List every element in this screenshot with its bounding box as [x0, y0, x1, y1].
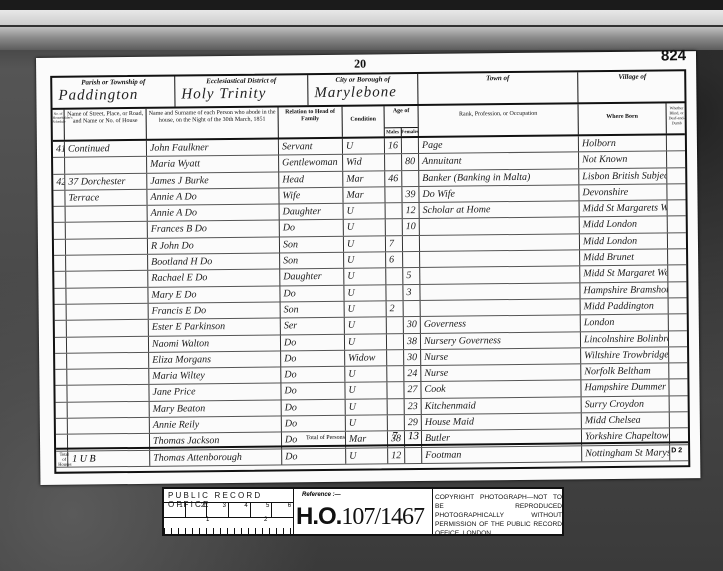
cell-schedule: [54, 223, 66, 238]
cell-name: Naomi Walton: [149, 335, 281, 352]
cell-condition: U: [344, 269, 386, 285]
cell-schedule: 41: [53, 142, 65, 157]
total-males: 7: [392, 430, 398, 442]
cell-schedule: [54, 239, 66, 254]
cell-address: [66, 222, 148, 238]
cell-male: 7: [386, 236, 403, 251]
page-number: 20: [354, 57, 366, 72]
town-field: Town of: [418, 72, 578, 104]
cell-name: Jane Price: [149, 384, 281, 401]
cell-schedule: [56, 419, 68, 434]
cell-female: [403, 252, 420, 267]
cell-female: 30: [404, 350, 421, 365]
cell-blind: [670, 412, 690, 428]
cell-condition: U: [346, 415, 388, 431]
cell-condition: U: [345, 383, 387, 399]
cell-male: [388, 415, 405, 430]
cell-relation: Wife: [279, 188, 343, 204]
parish-field: Parish or Township of Paddington: [52, 77, 175, 108]
cell-born: Devonshire: [579, 184, 667, 200]
cell-female: 12: [403, 203, 420, 218]
cell-male: [387, 383, 404, 398]
reference-label: Reference :—: [302, 492, 341, 498]
scan-top-edge: [0, 0, 723, 10]
cell-schedule: [54, 207, 66, 222]
cell-occupation: [420, 250, 580, 267]
col-age: Age of Males Females: [385, 106, 419, 136]
cell-occupation: Cook: [421, 381, 581, 398]
cell-address: [68, 402, 150, 418]
cell-schedule: [55, 370, 67, 385]
cell-born: Midd Chelsea: [582, 412, 670, 428]
cell-name: Eliza Morgans: [149, 351, 281, 368]
cell-occupation: Nursery Governess: [421, 332, 581, 349]
total-persons-label: Total of Persons: [306, 435, 345, 441]
cell-female: 29: [405, 415, 422, 430]
cell-occupation: Page: [419, 136, 579, 153]
cell-male: [385, 187, 402, 202]
cell-address: Continued: [65, 141, 147, 157]
cell-female: 30: [404, 317, 421, 332]
cell-address: [67, 385, 149, 401]
col-occupation: Rank, Profession, or Occupation: [419, 104, 579, 136]
cell-condition: Wid: [343, 155, 385, 171]
cell-born: Norfolk Beltham: [581, 364, 669, 380]
cell-male: [385, 154, 402, 169]
cell-female: 39: [402, 187, 419, 202]
cell-schedule: [55, 337, 67, 352]
cell-condition: Widow: [345, 350, 387, 366]
cell-address: Terrace: [65, 190, 147, 206]
census-form: Parish or Township of Paddington Ecclesi…: [50, 69, 690, 474]
cell-address: [65, 157, 147, 173]
cell-address: [67, 336, 149, 352]
scan-margin: [0, 10, 723, 50]
cell-male: [387, 334, 404, 349]
col-address: Name of Street, Place, or Road, and Name…: [65, 109, 147, 140]
cell-blind: [668, 282, 688, 298]
cell-schedule: [56, 402, 68, 417]
cell-relation: Daughter: [280, 269, 344, 285]
cell-blind: [669, 347, 689, 363]
cell-name: Annie Reily: [150, 416, 282, 433]
cell-address: [67, 369, 149, 385]
cell-name: Maria Wiltey: [149, 368, 281, 385]
sheet-code: D 2: [671, 447, 682, 454]
total-houses-label: Total of Houses: [58, 452, 70, 467]
cell-relation: Head: [279, 171, 343, 187]
cell-address: [66, 239, 148, 255]
cell-blind: [668, 233, 688, 249]
reference-card: PUBLIC RECORD OFFICE 1 2 3 4 5 6 1 2 Ref…: [162, 487, 564, 536]
cell-male: [387, 350, 404, 365]
cell-address: [66, 255, 148, 271]
cell-female: 3: [403, 285, 420, 300]
census-entries: 41ContinuedJohn FaulknerServantU16PageHo…: [53, 135, 688, 468]
cell-born: Midd St Margaret Westminster: [580, 266, 668, 282]
cell-born: Hampshire Bramshott: [580, 282, 668, 298]
cell-occupation: Nurse: [421, 348, 581, 365]
cell-schedule: [55, 321, 67, 336]
cell-condition: U: [344, 236, 386, 252]
cell-blind: [668, 266, 688, 282]
reference-box: Reference :— H.O.107/1467: [294, 489, 433, 534]
scale-ruler-bottom: 1 2: [164, 517, 293, 534]
cell-name: R John Do: [148, 237, 280, 254]
cell-name: Mary E Do: [148, 286, 280, 303]
cell-condition: U: [343, 138, 385, 154]
total-houses-value: 1 U B: [72, 453, 95, 464]
cell-condition: U: [344, 252, 386, 268]
cell-female: [403, 236, 420, 251]
cell-name: Francis E Do: [149, 302, 281, 319]
cell-male: [388, 399, 405, 414]
cell-relation: Do: [281, 351, 345, 367]
col-condition: Condition: [343, 106, 385, 136]
cell-male: [387, 317, 404, 332]
cell-schedule: [55, 354, 67, 369]
cell-relation: Do: [281, 367, 345, 383]
scale-ruler-top: 1 2 3 4 5 6: [164, 502, 293, 518]
cell-name: Mary Beaton: [150, 400, 282, 417]
cell-blind: [668, 249, 688, 265]
cell-address: [68, 418, 150, 434]
cell-name: Frances B Do: [148, 221, 280, 238]
cell-female: 38: [404, 334, 421, 349]
cell-female: 80: [402, 154, 419, 169]
cell-born: Hampshire Dummer: [581, 380, 669, 396]
folio-number: 824: [661, 47, 686, 64]
village-field: Village of: [578, 71, 686, 102]
cell-schedule: [53, 191, 65, 206]
cell-blind: [670, 396, 690, 412]
cell-female: 10: [403, 219, 420, 234]
cell-born: Lincolnshire Bolinbroke: [581, 331, 669, 347]
cell-blind: [669, 380, 689, 396]
cell-female: 24: [404, 366, 421, 381]
cell-relation: Do: [280, 220, 344, 236]
cell-name: Maria Wyatt: [147, 156, 279, 173]
cell-blind: [669, 331, 689, 347]
cell-relation: Servant: [279, 139, 343, 155]
cell-name: Annie A Do: [147, 188, 279, 205]
cell-schedule: [54, 288, 66, 303]
cell-blind: [669, 363, 689, 379]
cell-born: London: [581, 315, 669, 331]
cell-born: Midd London: [580, 217, 668, 233]
cell-address: [66, 288, 148, 304]
cell-relation: Son: [281, 302, 345, 318]
cell-occupation: Do Wife: [419, 185, 579, 202]
cell-born: Midd St Margarets Westr: [580, 201, 668, 217]
cell-relation: Do: [281, 383, 345, 399]
cell-male: 46: [385, 171, 402, 186]
cell-relation: Son: [280, 253, 344, 269]
cell-name: Annie A Do: [148, 205, 280, 222]
cell-occupation: Kitchenmaid: [422, 397, 582, 414]
cell-address: [67, 320, 149, 336]
total-females: 13: [408, 430, 419, 442]
cell-condition: U: [345, 366, 387, 382]
cell-occupation: [420, 283, 580, 300]
cell-female: [402, 138, 419, 153]
cell-blind: [668, 200, 688, 216]
cell-male: [386, 220, 403, 235]
cell-female: [404, 301, 421, 316]
cell-condition: U: [346, 399, 388, 415]
cell-address: [67, 353, 149, 369]
cell-relation: Do: [282, 400, 346, 416]
cell-condition: U: [345, 318, 387, 334]
cell-born: Midd London: [580, 233, 668, 249]
cell-occupation: [420, 267, 580, 284]
cell-occupation: Nurse: [421, 364, 581, 381]
cell-occupation: [421, 299, 581, 316]
cell-blind: [668, 217, 688, 233]
cell-born: Holborn: [579, 135, 667, 151]
cell-blind: [669, 298, 689, 314]
cell-born: Not Known: [579, 152, 667, 168]
cell-name: James J Burke: [147, 172, 279, 189]
cell-female: [402, 171, 419, 186]
cell-occupation: Annuitant: [419, 153, 579, 170]
cell-address: [66, 271, 148, 287]
cell-name: Rachael E Do: [148, 270, 280, 287]
cell-male: [386, 269, 403, 284]
cell-relation: Son: [280, 237, 344, 253]
cell-female: 27: [404, 382, 421, 397]
cell-born: Midd Paddington: [581, 298, 669, 314]
cell-male: [386, 285, 403, 300]
cell-male: [386, 203, 403, 218]
cell-condition: Mar: [343, 187, 385, 203]
cell-schedule: [55, 386, 67, 401]
cell-relation: Do: [282, 416, 346, 432]
cell-schedule: [53, 158, 65, 173]
cell-condition: U: [345, 301, 387, 317]
cell-male: [387, 366, 404, 381]
cell-born: Surry Croydon: [582, 396, 670, 412]
cell-schedule: 42: [53, 174, 65, 189]
cell-male: 6: [386, 252, 403, 267]
cell-schedule: [54, 256, 66, 271]
cell-occupation: [420, 234, 580, 251]
cell-relation: Gentlewoman: [279, 155, 343, 171]
cell-schedule: [54, 272, 66, 287]
cell-condition: U: [345, 334, 387, 350]
cell-condition: U: [344, 204, 386, 220]
cell-male: 2: [387, 301, 404, 316]
record-office-ruler: PUBLIC RECORD OFFICE 1 2 3 4 5 6 1 2: [164, 489, 294, 534]
cell-born: Midd Brunet: [580, 249, 668, 265]
cell-blind: [667, 168, 687, 184]
col-blind-deaf: Whether Blind, or Deaf-and-Dumb: [667, 103, 687, 133]
reference-number: H.O.107/1467: [296, 503, 424, 531]
census-page: 20 824 Parish or Township of Paddington …: [36, 51, 700, 485]
cell-address: [66, 206, 148, 222]
cell-born: Lisbon British Subject: [579, 168, 667, 184]
cell-relation: Do: [280, 285, 344, 301]
col-schedule: No. of Householder's Schedule: [53, 110, 65, 140]
cell-occupation: Scholar at Home: [420, 202, 580, 219]
ecclesiastical-district-field: Ecclesiastical District of Holy Trinity: [175, 75, 308, 106]
cell-name: John Faulkner: [147, 139, 279, 156]
cell-born: Wiltshire Trowbridge: [581, 347, 669, 363]
col-where-born: Where Born: [579, 103, 667, 134]
cell-relation: Ser: [281, 318, 345, 334]
cell-relation: Daughter: [280, 204, 344, 220]
copyright-notice: COPYRIGHT PHOTOGRAPH—NOT TO BE REPRODUCE…: [435, 493, 562, 538]
borough-field: City or Borough of Marylebone: [308, 74, 418, 105]
cell-schedule: [55, 305, 67, 320]
cell-address: 37 Dorchester: [65, 173, 147, 189]
cell-female: 5: [403, 268, 420, 283]
cell-condition: U: [344, 220, 386, 236]
cell-blind: [669, 314, 689, 330]
col-relation: Relation to Head of Family: [279, 107, 343, 138]
cell-blind: [667, 184, 687, 200]
cell-blind: [667, 151, 687, 167]
cell-name: Ester E Parkinson: [149, 319, 281, 336]
cell-occupation: Banker (Banking in Malta): [419, 169, 579, 186]
cell-occupation: [420, 218, 580, 235]
cell-condition: Mar: [343, 171, 385, 187]
cell-address: [67, 304, 149, 320]
cell-occupation: House Maid: [422, 413, 582, 430]
cell-female: 23: [405, 399, 422, 414]
cell-condition: U: [344, 285, 386, 301]
cell-male: 16: [385, 138, 402, 153]
cell-blind: [667, 135, 687, 151]
cell-relation: Do: [281, 334, 345, 350]
cell-occupation: Governess: [421, 316, 581, 333]
col-name: Name and Surname of each Person who abod…: [147, 107, 279, 138]
cell-name: Bootland H Do: [148, 254, 280, 271]
